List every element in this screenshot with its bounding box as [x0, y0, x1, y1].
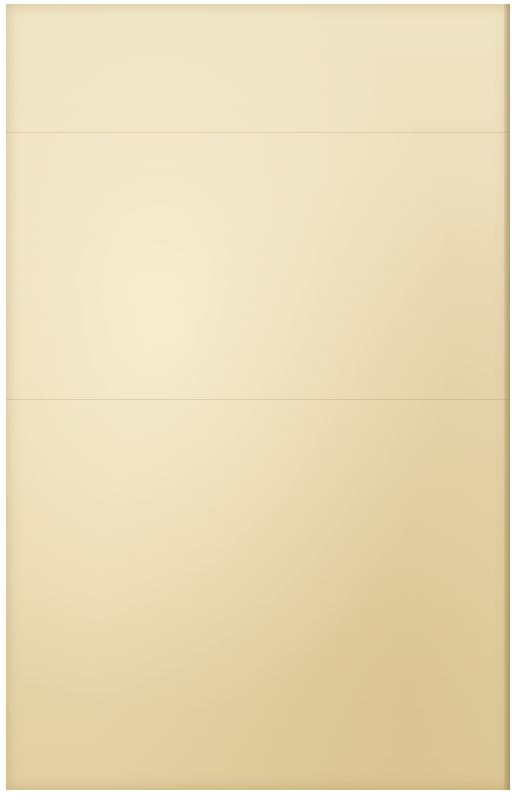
letter-paper — [6, 4, 510, 790]
fold-line — [6, 399, 510, 400]
paper-edge — [504, 4, 510, 790]
fold-line — [6, 132, 510, 133]
